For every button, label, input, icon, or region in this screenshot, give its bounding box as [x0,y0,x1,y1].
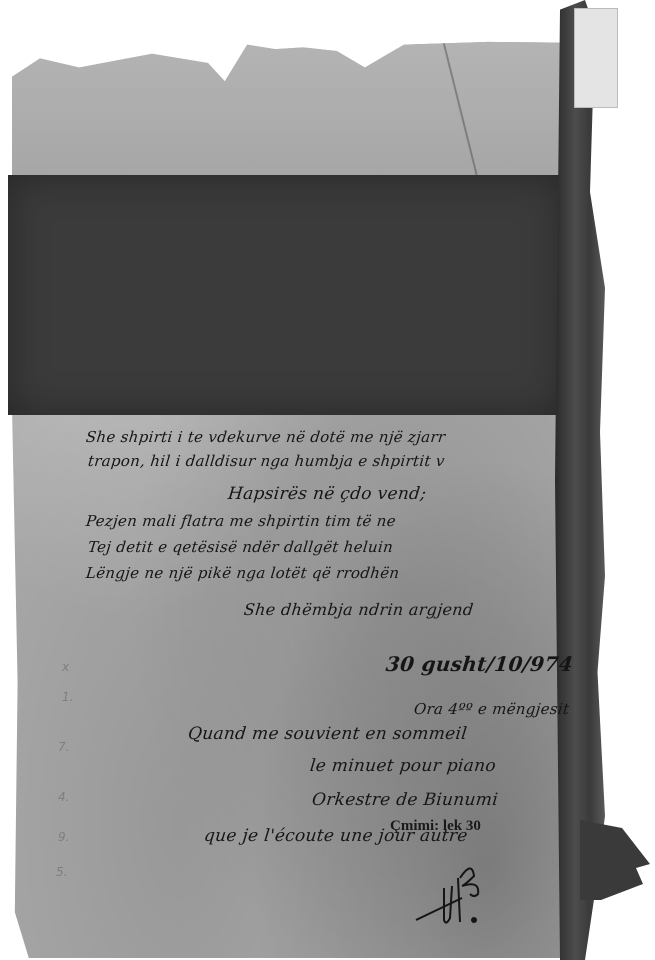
poem-line: Pezjen mali flatra me shpirtin tim të ne [85,512,397,530]
margin-note: 4. [58,790,69,804]
verse-line: le minuet pour piano [309,756,497,776]
poem-line: She shpirti i te vdekurve në dotë me një… [85,428,446,446]
poem-line: Lëngje ne një pikë nga lotët që rrodhën [85,564,400,582]
poem-line: Tej detit e qetësisë ndër dallgët heluin [87,538,394,556]
signature-icon [414,858,524,928]
spine-torn-chip [574,8,618,108]
inscription-date: 30 gusht/10/974 [385,652,575,676]
torn-corner [580,820,650,900]
poem-line: trapon, hil i dalldisur nga humbja e shp… [87,452,446,470]
margin-note: 9. [58,830,69,844]
cover-top-section [12,40,572,180]
margin-note: 1. [62,690,73,704]
poem-line: She dhëmbja ndrin argjend [243,600,474,619]
margin-note: 7. [58,740,69,754]
printed-price: Çmimi: lek 30 [390,818,481,835]
dark-title-band [8,175,564,415]
verse-line: Orkestre de Biunumi [311,790,499,810]
poem-line: Hapsirës në çdo vend; [227,484,427,504]
time-note: Ora 4ºº e mëngjesit [413,700,570,718]
margin-note: 5. [56,865,67,879]
verse-line: Quand me souvient en sommeil [187,724,468,744]
book-spine [555,0,605,960]
margin-note: x [62,660,69,674]
